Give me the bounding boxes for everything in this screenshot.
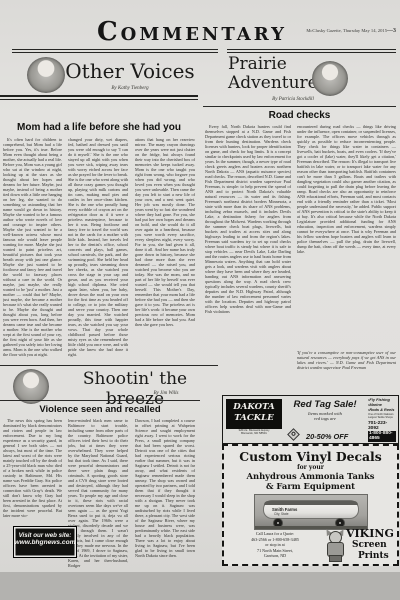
- sale-off-row: 20-50% OFF: [289, 426, 369, 444]
- violence-column-2: lence-minded black men came to Baltimore…: [68, 418, 128, 568]
- tank-graphic: Smith Farms City, State: [263, 500, 359, 519]
- breeze-bottom-rule: [0, 400, 200, 401]
- tackle-bullet-3: •Rods & Reels: [368, 408, 396, 413]
- violence-column-3: Dawson, I had completed a course in offs…: [135, 418, 195, 568]
- mom-article-column-2: changed your dirty, wet diapers, fed, ba…: [68, 137, 128, 365]
- red-tag-sale-sub: Items marked with red tags are: [285, 411, 365, 422]
- tackle-logo-line2: TACKLE: [226, 413, 282, 424]
- tackle-phone-2: 1-800-880-4865: [368, 431, 396, 442]
- prairie-byline: By Patricia Stockdill: [228, 97, 358, 102]
- mom-article-column-1: It's often hard for children to comprehe…: [3, 137, 62, 365]
- road-checks-headline: Road checks: [203, 110, 396, 121]
- website-ad-line1: Visit our web site:: [14, 532, 76, 539]
- other-voices-author-photo: [27, 57, 65, 93]
- red-tag-sale-title: Red Tag Sale!: [283, 399, 367, 410]
- other-voices-byline: By Kathy Tienberg: [62, 86, 198, 91]
- dakota-tackle-logo: DAKOTA TACKLE: [226, 399, 282, 429]
- edition-text: McClusky Gazette, Thursday May 14, 2015: [306, 28, 387, 33]
- tank-label-city: City, State: [274, 512, 288, 516]
- tackle-address-line2: Bismarck, ND 58501: [226, 432, 282, 435]
- road-checks-column-2: encountered during road checks — things …: [297, 124, 396, 348]
- mom-article-headline: Mom had a life before she had you: [0, 122, 198, 133]
- tackle-phone-1: 701-223-3092: [368, 421, 396, 431]
- sale-sub-line2: red tags are: [285, 416, 365, 421]
- violence-headline: Violence seen and recalled: [0, 404, 200, 415]
- tackle-right-column: •Fly Fishing •Marine •Rods & Reels One o…: [368, 398, 396, 442]
- breeze-byline: By Jim Wills: [110, 391, 222, 396]
- prairie-author-photo: [312, 61, 348, 96]
- tackle-logo-line1: DAKOTA: [226, 402, 282, 413]
- road-checks-column-1: Every fall, North Dakota hunters could f…: [205, 124, 291, 392]
- decals-contact-block: Call Laura for a Quote: 463-2566 or 1-80…: [228, 531, 322, 559]
- sale-off-text: 20-50% OFF: [306, 432, 348, 441]
- violence-column-1: The news this spring has been dominated …: [3, 418, 62, 522]
- other-voices-title: Other Voices: [62, 59, 198, 83]
- dakota-tackle-ad: DAKOTA TACKLE 3201 E. Bismarck Expwy Bis…: [222, 395, 399, 444]
- decals-title: Custom Vinyl Decals: [224, 449, 397, 464]
- website-ad: Visit our web site: www.bhgnews.com: [13, 526, 77, 558]
- breeze-author-photo: [13, 369, 49, 404]
- tank-band: [264, 501, 358, 505]
- page-number: —3: [387, 28, 396, 34]
- tackle-tagline: One of North Dakota's Largest Tackle Sho…: [368, 413, 396, 419]
- header-rule-left: [12, 49, 218, 53]
- edition-line: McClusky Gazette, Thursday May 14, 2015—…: [250, 28, 396, 34]
- viking-brand-line2: Screen: [352, 541, 396, 550]
- contact-line-5: Garrison, ND: [228, 553, 322, 559]
- viking-brand-block: VIKING Screen Prints: [346, 528, 396, 561]
- ammonia-tank-photo: Smith Farms City, State: [254, 494, 368, 530]
- prairie-rule: [203, 106, 396, 107]
- viking-brand-line3: Prints: [358, 552, 396, 561]
- viking-brand-line1: VIKING: [346, 528, 396, 539]
- website-ad-url: www.bhgnews.com: [14, 539, 76, 546]
- decals-sub3: & Farm Equipment: [224, 481, 397, 491]
- price-tag-icon: [287, 428, 300, 441]
- other-voices-rule: [0, 95, 198, 100]
- decals-sub2: Anhydrous Ammonia Tanks: [224, 471, 397, 481]
- header-rule-right: [227, 49, 396, 53]
- decals-sub1: for your: [224, 464, 397, 471]
- breeze-top-rule: [0, 365, 218, 366]
- breeze-title: Shootin' the breeze: [52, 369, 218, 409]
- road-checks-pull-quote: 'If you're a consumptive or non-consumpt…: [297, 350, 396, 392]
- vinyl-decals-ad: Custom Vinyl Decals for your Anhydrous A…: [222, 444, 399, 566]
- mom-article-column-3: ations that hang on her rearview mirror.…: [135, 137, 195, 365]
- tackle-address: 3201 E. Bismarck Expwy Bismarck, ND 5850…: [226, 429, 282, 436]
- viking-mascot-icon: [324, 529, 346, 561]
